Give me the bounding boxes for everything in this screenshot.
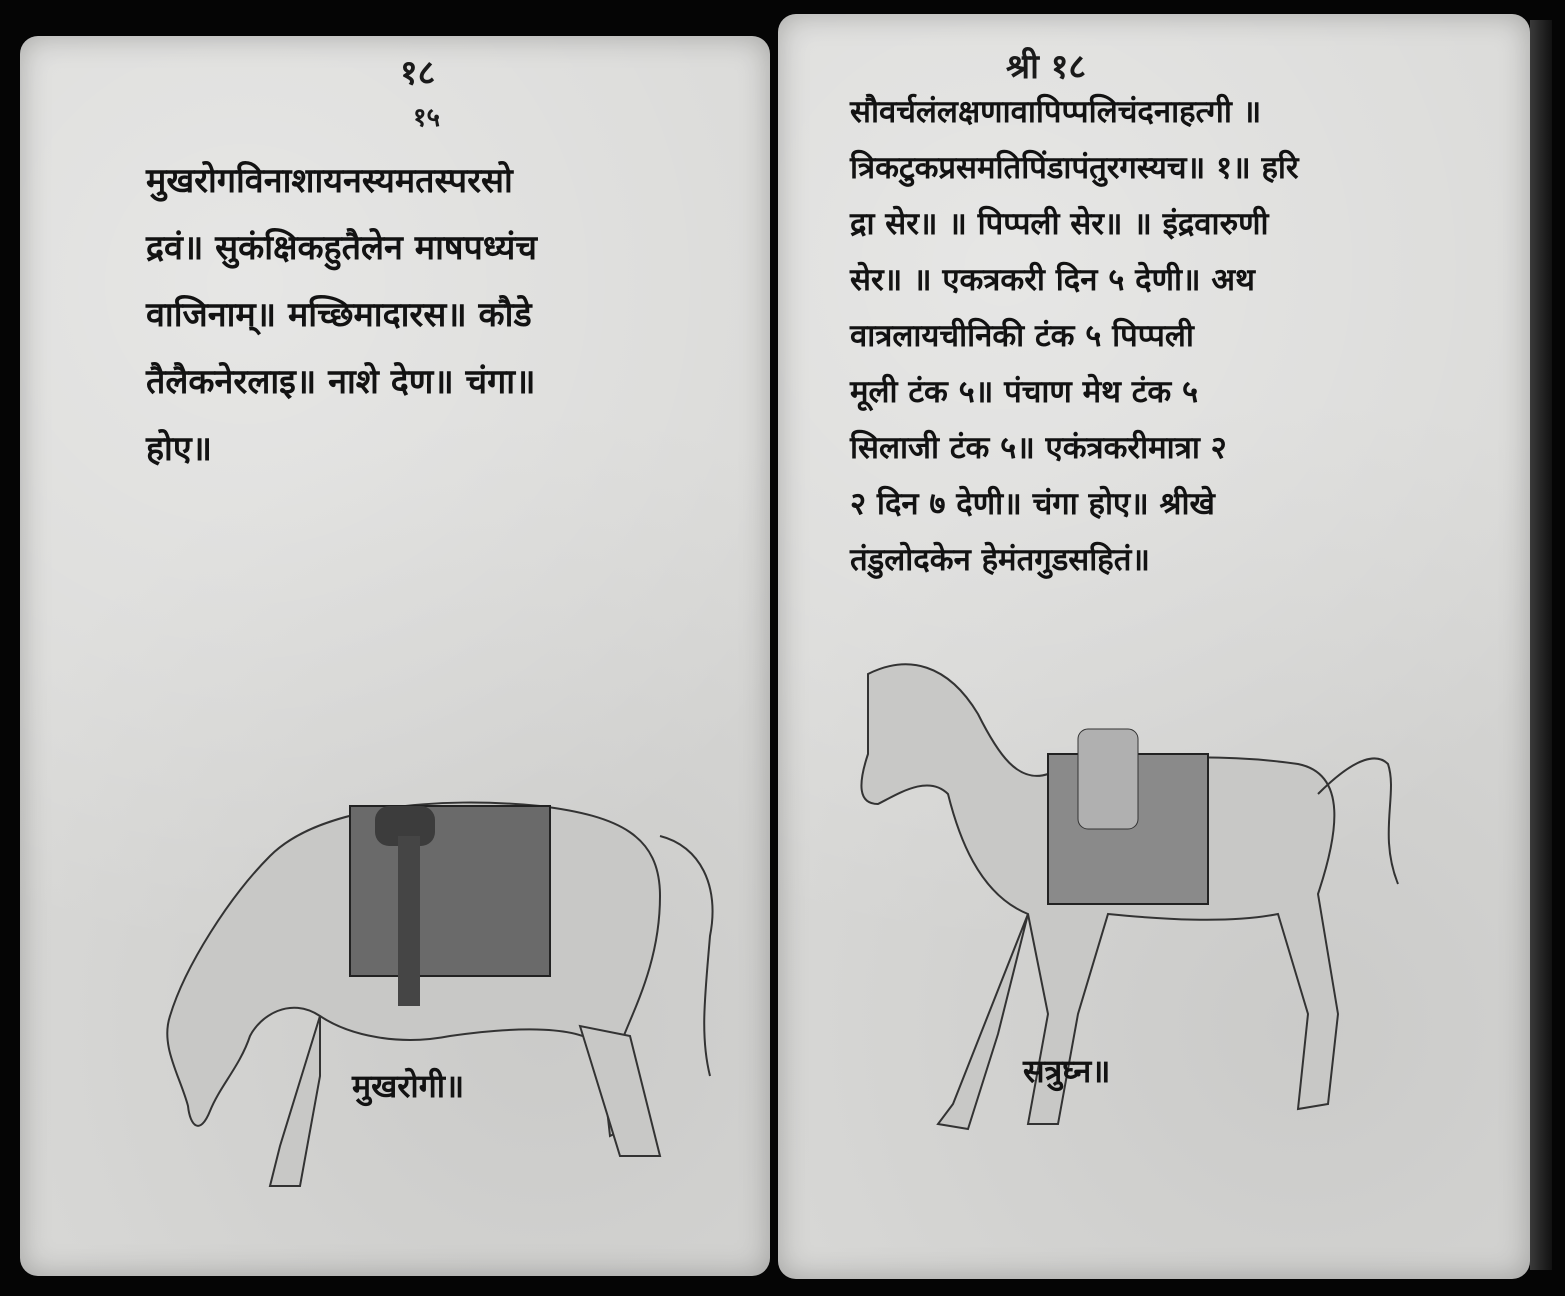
right-page: श्री १८ सौवर्चलंलक्षणावापिप्पलिचंदनाहत्ग… <box>778 14 1530 1279</box>
right-illustration-caption: सत्रुघ्न॥ <box>1023 1049 1110 1092</box>
standing-horse-illustration <box>778 14 1530 1279</box>
left-illustration-caption: मुखरोगी॥ <box>352 1064 464 1107</box>
left-page: १८ १५ मुखरोगविनाशायनस्यमतस्परसो द्रवं॥ स… <box>20 36 770 1276</box>
book-edge <box>1530 20 1552 1270</box>
